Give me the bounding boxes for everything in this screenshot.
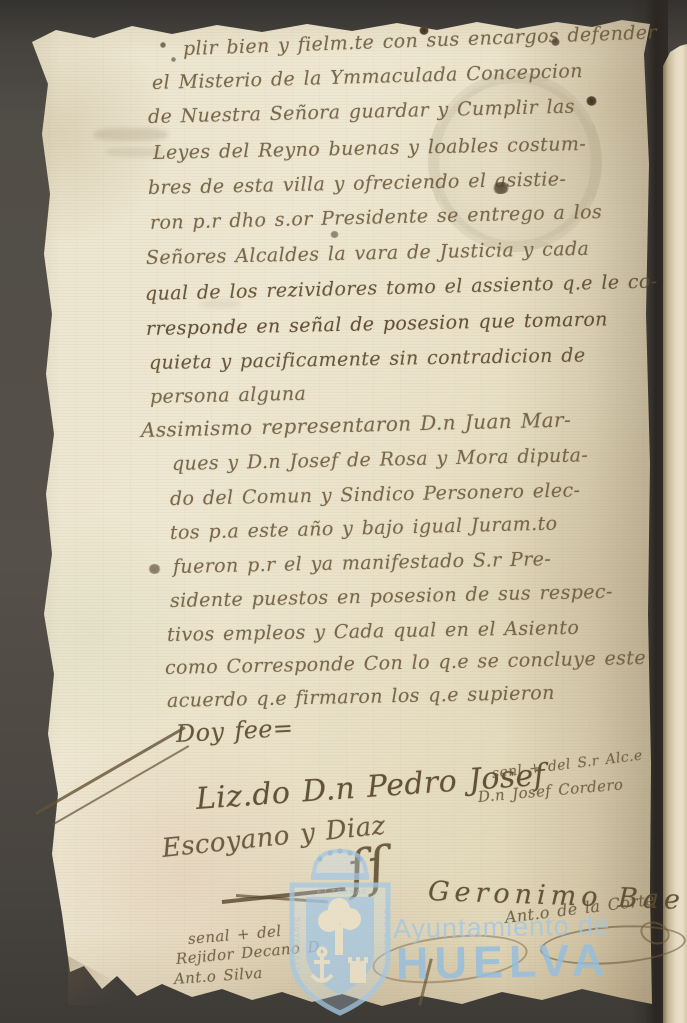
svg-text:CVSTODIA: CVSTODIA [382,909,391,955]
svg-text:ET TERRAE: ET TERRAE [317,887,368,896]
next-page-edge [663,44,687,1023]
ink-spot [160,42,166,48]
watermark-city-name: HUELVA [396,934,611,990]
huelva-coat-of-arms-watermark-icon: ET TERRAE PORTVS MARIS CVSTODIA [284,845,396,1017]
ink-spot [419,26,429,35]
ink-spot [551,38,560,46]
archival-scan: plir bien y fielm.te con sus encargos de… [0,0,687,1023]
manuscript-line: persona alguna [150,383,307,408]
ink-spot [171,57,176,62]
svg-text:PORTVS MARIS: PORTVS MARIS [293,916,302,985]
ink-spot [330,231,339,238]
ink-spot [148,564,161,574]
ink-smudge [94,128,168,141]
ink-spot [586,96,597,106]
